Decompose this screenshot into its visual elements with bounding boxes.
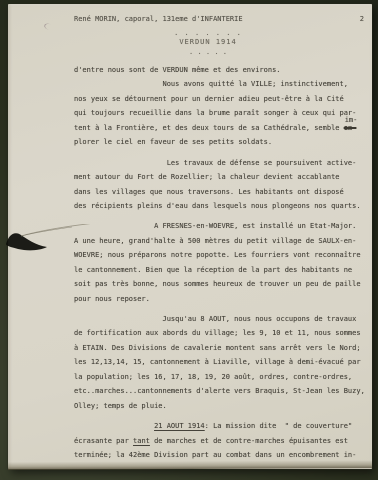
text-line: d'entre nous sont de VERDUN même et des … <box>74 63 370 77</box>
underlined-word: tant <box>133 437 150 445</box>
paragraph-5: 21 AOUT 1914: La mission dite " de couve… <box>74 419 370 462</box>
text-segment: de marches et de contre-marches épuisant… <box>150 437 348 445</box>
text-line: A FRESNES-en-WOEVRE, est installé un Eta… <box>74 219 370 233</box>
text-line: la population; les 16, 17, 18, 19, 20 ao… <box>74 370 370 384</box>
typed-page-content: René MORIN, caporal, 131eme d'INFANTERIE… <box>74 13 370 468</box>
paragraph-2: Les travaux de défense se poursuivent ac… <box>74 156 370 214</box>
text-line: Jusqu'au 8 AOUT, nous nous occupons de t… <box>74 312 370 326</box>
paragraph-3: A FRESNES-en-WOEVRE, est installé un Eta… <box>74 219 370 306</box>
text-segment: : La mission dite " de couverture" <box>205 422 353 430</box>
correction-above-text: im- <box>345 113 358 127</box>
text-line: le cantonnement. Bien que la réception d… <box>74 263 370 277</box>
paragraph-1: d'entre nous sont de VERDUN même et des … <box>74 63 370 150</box>
text-line-with-underline: écrasante par tant de marches et de cont… <box>74 434 370 448</box>
paragraph-4: Jusqu'au 8 AOUT, nous nous occupons de t… <box>74 312 370 413</box>
text-line: à ETAIN. Des Divisions de cavalerie mont… <box>74 341 370 355</box>
text-segment: écrasante par <box>74 437 133 445</box>
text-line: Olley; temps de pluie. <box>74 399 370 413</box>
scanned-document-photo: { "document": { "header": { "author_line… <box>0 0 378 480</box>
paper-sheet: René MORIN, caporal, 131eme d'INFANTERIE… <box>8 4 372 469</box>
author-line: René MORIN, caporal, 131eme d'INFANTERIE <box>74 13 243 25</box>
heading-block: . . . . . . . VERDUN 1914 . . . . . <box>60 29 356 56</box>
text-line: WOEVRE; nous préparons notre popotte. Le… <box>74 248 370 262</box>
text-line: des récipients pleins d'eau dans lesquel… <box>74 199 370 213</box>
text-line: qui toujours recueillie dans la brume pa… <box>74 106 370 120</box>
page-number: 2 <box>360 13 364 25</box>
typed-correction: im-ex- <box>344 121 357 135</box>
document-title: VERDUN 1914 <box>60 37 356 48</box>
text-line: A une heure, grand'halte à 500 mètres du… <box>74 234 370 248</box>
text-segment: tent à la Frontière, et des deux tours d… <box>74 124 344 132</box>
text-line: ment autour du Fort de Rozellier; la cha… <box>74 170 370 184</box>
text-line-with-correction: tent à la Frontière, et des deux tours d… <box>74 121 370 135</box>
text-line: terminée; la 42ème Division part au comb… <box>74 448 370 462</box>
text-line: dans les villages que nous traversons. L… <box>74 185 370 199</box>
indent <box>74 422 154 430</box>
dots-separator-top: . . . . . . . <box>60 29 356 37</box>
text-line: pour nous reposer. <box>74 292 370 306</box>
document-header: René MORIN, caporal, 131eme d'INFANTERIE… <box>74 13 370 25</box>
text-line: Nous avons quitté la VILLE; instinctivem… <box>74 77 370 91</box>
dots-separator-bottom: . . . . . <box>60 48 356 56</box>
text-line: nos yeux se détournent pour un dernier a… <box>74 92 370 106</box>
text-line: plorer le ciel en faveur de ses petits s… <box>74 135 370 149</box>
underlined-date: 21 AOUT 1914 <box>154 422 205 430</box>
text-line-with-underlined-date: 21 AOUT 1914: La mission dite " de couve… <box>74 419 370 433</box>
text-line: les 12,13,14, 15, cantonnement à Liavill… <box>74 355 370 369</box>
text-line: Les travaux de défense se poursuivent ac… <box>74 156 370 170</box>
pencil-speck <box>43 22 55 31</box>
document-body: d'entre nous sont de VERDUN même et des … <box>74 63 370 462</box>
text-line: de fortification aux abords du village; … <box>74 326 370 340</box>
text-line: etc..marches...cantonnements d'alerte ve… <box>74 384 370 398</box>
text-line: soit pas très bonne, nous sommes heureux… <box>74 277 370 291</box>
